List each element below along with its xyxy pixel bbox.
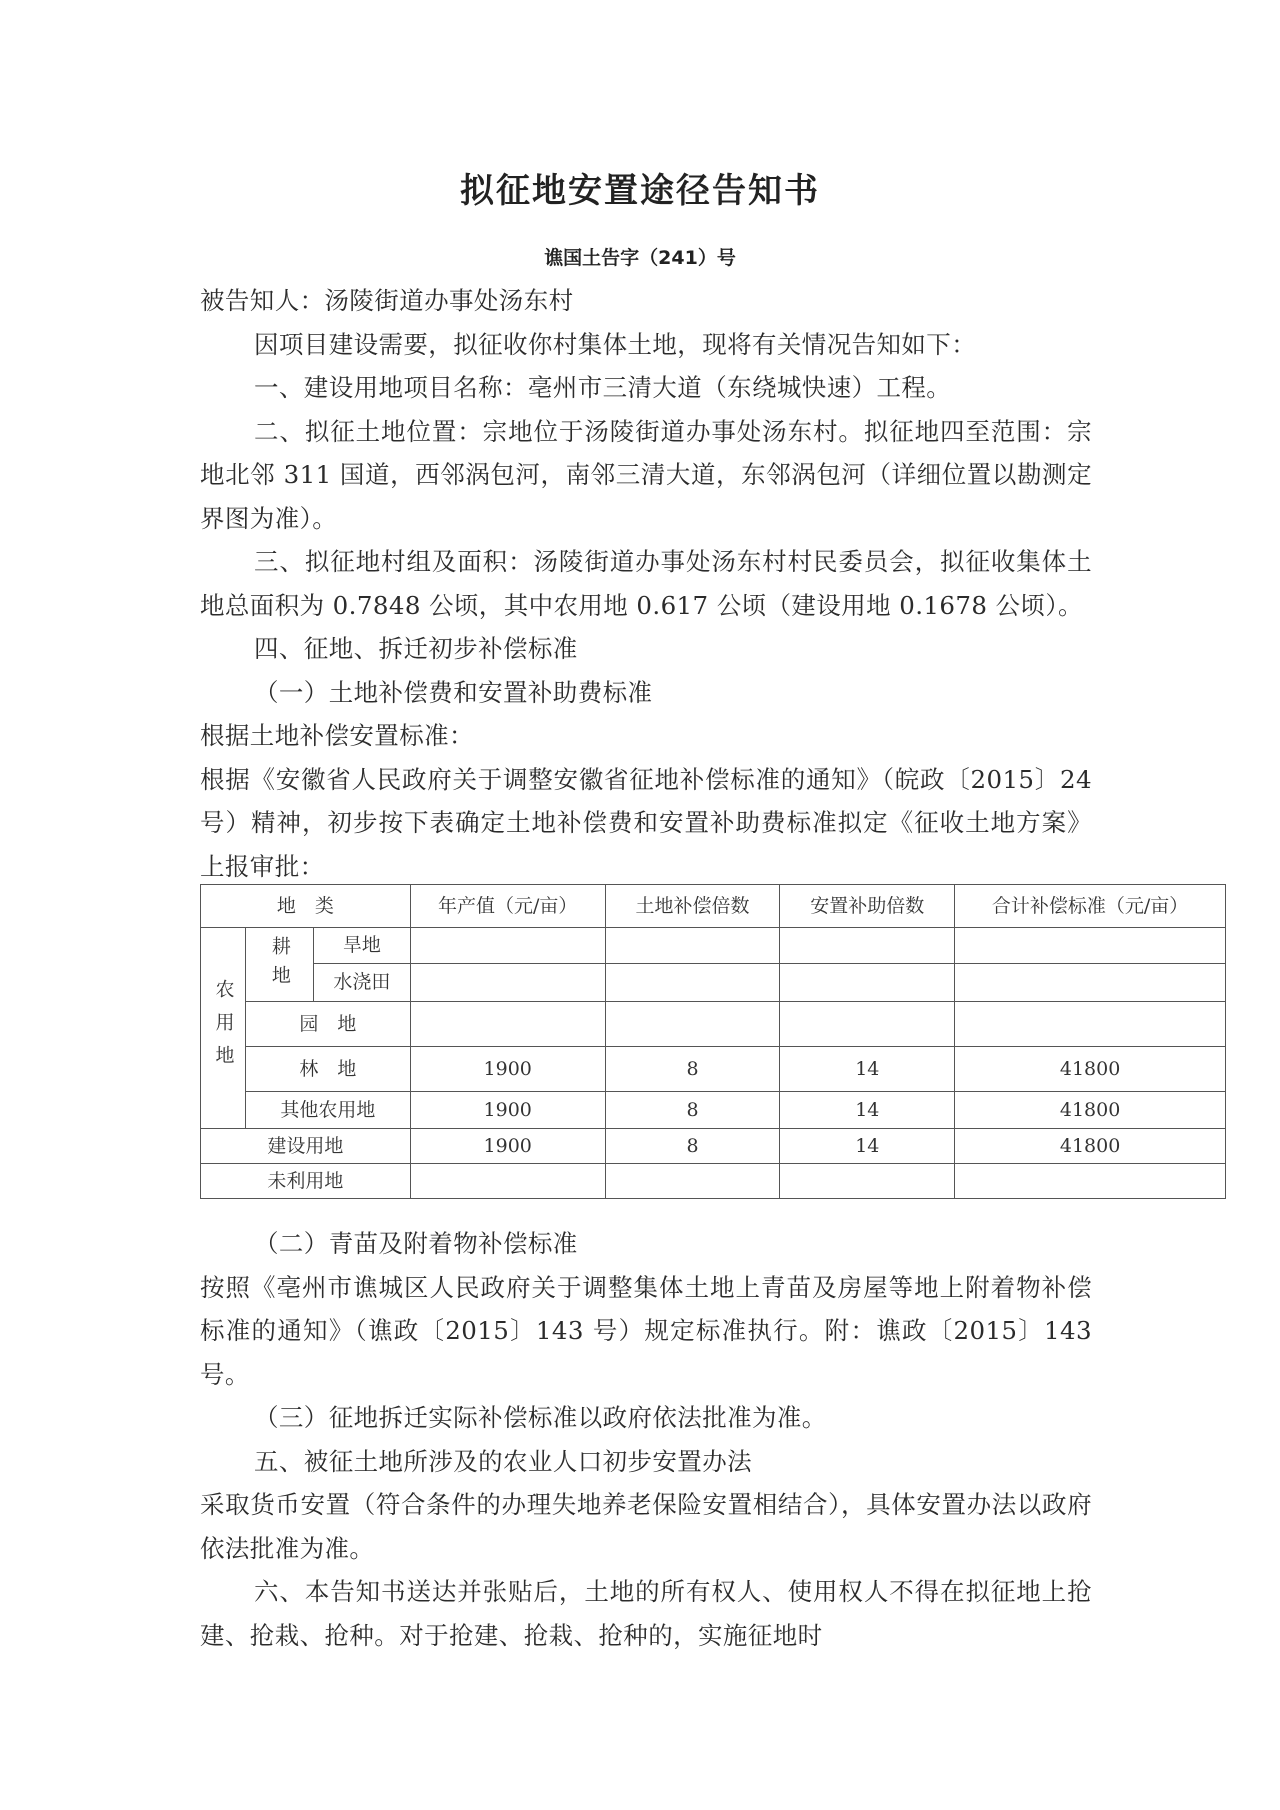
row-label: 其他农用地: [245, 1092, 410, 1129]
document-title: 拟征地安置途径告知书: [0, 163, 1280, 212]
cell-total-standard: 41800: [955, 1047, 1226, 1092]
cell-annual-output: 1900: [410, 1129, 605, 1164]
cell-resettlement-multiple: [780, 928, 955, 964]
cell-land-comp-multiple: [605, 1002, 780, 1047]
compensation-table: 地 类 年产值（元/亩） 土地补偿倍数 安置补助倍数 合计补偿标准（元/亩） 农…: [200, 884, 1226, 1199]
document-number: 谯国土告字（241）号: [0, 243, 1280, 270]
body-before-table: 被告知人：汤陵街道办事处汤东村 因项目建设需要，拟征收你村集体土地，现将有关情况…: [200, 279, 1092, 888]
row-label: 未利用地: [201, 1164, 411, 1199]
subsection-heading-actual-standard: （三）征地拆迁实际补偿标准以政府依法批准为准。: [200, 1396, 1092, 1440]
cell-annual-output: 1900: [410, 1047, 605, 1092]
paragraph-location: 二、拟征土地位置：宗地位于汤陵街道办事处汤东村。拟征地四至范围：宗地北邻 311…: [200, 410, 1092, 541]
paragraph-crops-basis: 按照《亳州市谯城区人民政府关于调整集体土地上青苗及房屋等地上附着物补偿标准的通知…: [200, 1266, 1092, 1397]
cell-resettlement-multiple: [780, 1002, 955, 1047]
cell-resettlement-multiple: [780, 1164, 955, 1199]
cell-annual-output: [410, 1164, 605, 1199]
cell-total-standard: [955, 1164, 1226, 1199]
paragraph-intro: 因项目建设需要，拟征收你村集体土地，现将有关情况告知如下：: [200, 323, 1092, 367]
cell-land-comp-multiple: 8: [605, 1092, 780, 1129]
cell-annual-output: [410, 1002, 605, 1047]
paragraph-notice-reference: 根据《安徽省人民政府关于调整安徽省征地补偿标准的通知》（皖政〔2015〕24 号…: [200, 758, 1092, 889]
row-label: 建设用地: [201, 1129, 411, 1164]
table-row: 建设用地 1900 8 14 41800: [201, 1129, 1226, 1164]
cell-total-standard: 41800: [955, 1129, 1226, 1164]
cell-resettlement-multiple: [780, 964, 955, 1002]
group-label-cultivated: 耕地: [245, 928, 313, 1002]
cell-land-comp-multiple: 8: [605, 1047, 780, 1092]
cell-land-comp-multiple: [605, 964, 780, 1002]
paragraph-area: 三、拟征地村组及面积：汤陵街道办事处汤东村村民委员会，拟征收集体土地总面积为 0…: [200, 540, 1092, 627]
body-after-table: （二）青苗及附着物补偿标准 按照《亳州市谯城区人民政府关于调整集体土地上青苗及房…: [200, 1222, 1092, 1657]
header-land-type: 地 类: [201, 885, 411, 928]
paragraph-project-name: 一、建设用地项目名称：亳州市三清大道（东绕城快速）工程。: [200, 366, 1092, 410]
table-row: 园 地: [201, 1002, 1226, 1047]
table-row: 农用地 耕地 旱地: [201, 928, 1226, 964]
cell-annual-output: [410, 964, 605, 1002]
cell-total-standard: [955, 964, 1226, 1002]
header-annual-output: 年产值（元/亩）: [410, 885, 605, 928]
row-label: 水浇田: [313, 964, 410, 1002]
subsection-heading-land-compensation: （一）土地补偿费和安置补助费标准: [200, 671, 1092, 715]
header-total-standard: 合计补偿标准（元/亩）: [955, 885, 1226, 928]
paragraph-basis: 根据土地补偿安置标准：: [200, 714, 1092, 758]
header-land-comp-multiple: 土地补偿倍数: [605, 885, 780, 928]
cell-land-comp-multiple: [605, 928, 780, 964]
cell-total-standard: [955, 928, 1226, 964]
cell-resettlement-multiple: 14: [780, 1047, 955, 1092]
row-label: 林 地: [245, 1047, 410, 1092]
row-label: 旱地: [313, 928, 410, 964]
paragraph-prohibition: 六、本告知书送达并张贴后，土地的所有权人、使用权人不得在拟征地上抢建、抢栽、抢种…: [200, 1570, 1092, 1657]
table-header-row: 地 类 年产值（元/亩） 土地补偿倍数 安置补助倍数 合计补偿标准（元/亩）: [201, 885, 1226, 928]
cell-total-standard: [955, 1002, 1226, 1047]
cell-land-comp-multiple: [605, 1164, 780, 1199]
document-page: 拟征地安置途径告知书 谯国土告字（241）号 被告知人：汤陵街道办事处汤东村 因…: [0, 0, 1280, 1810]
table-row: 未利用地: [201, 1164, 1226, 1199]
section-heading-resettlement: 五、被征土地所涉及的农业人口初步安置办法: [200, 1440, 1092, 1484]
group-label-agricultural: 农用地: [201, 928, 246, 1129]
cell-land-comp-multiple: 8: [605, 1129, 780, 1164]
cell-resettlement-multiple: 14: [780, 1129, 955, 1164]
cell-resettlement-multiple: 14: [780, 1092, 955, 1129]
table-row: 水浇田: [201, 964, 1226, 1002]
recipient-line: 被告知人：汤陵街道办事处汤东村: [200, 279, 1092, 323]
table-row: 林 地 1900 8 14 41800: [201, 1047, 1226, 1092]
cell-annual-output: 1900: [410, 1092, 605, 1129]
subsection-heading-crops: （二）青苗及附着物补偿标准: [200, 1222, 1092, 1266]
paragraph-resettlement-method: 采取货币安置（符合条件的办理失地养老保险安置相结合），具体安置办法以政府依法批准…: [200, 1483, 1092, 1570]
header-resettlement-multiple: 安置补助倍数: [780, 885, 955, 928]
table-row: 其他农用地 1900 8 14 41800: [201, 1092, 1226, 1129]
section-heading-compensation: 四、征地、拆迁初步补偿标准: [200, 627, 1092, 671]
cell-total-standard: 41800: [955, 1092, 1226, 1129]
row-label: 园 地: [245, 1002, 410, 1047]
cell-annual-output: [410, 928, 605, 964]
